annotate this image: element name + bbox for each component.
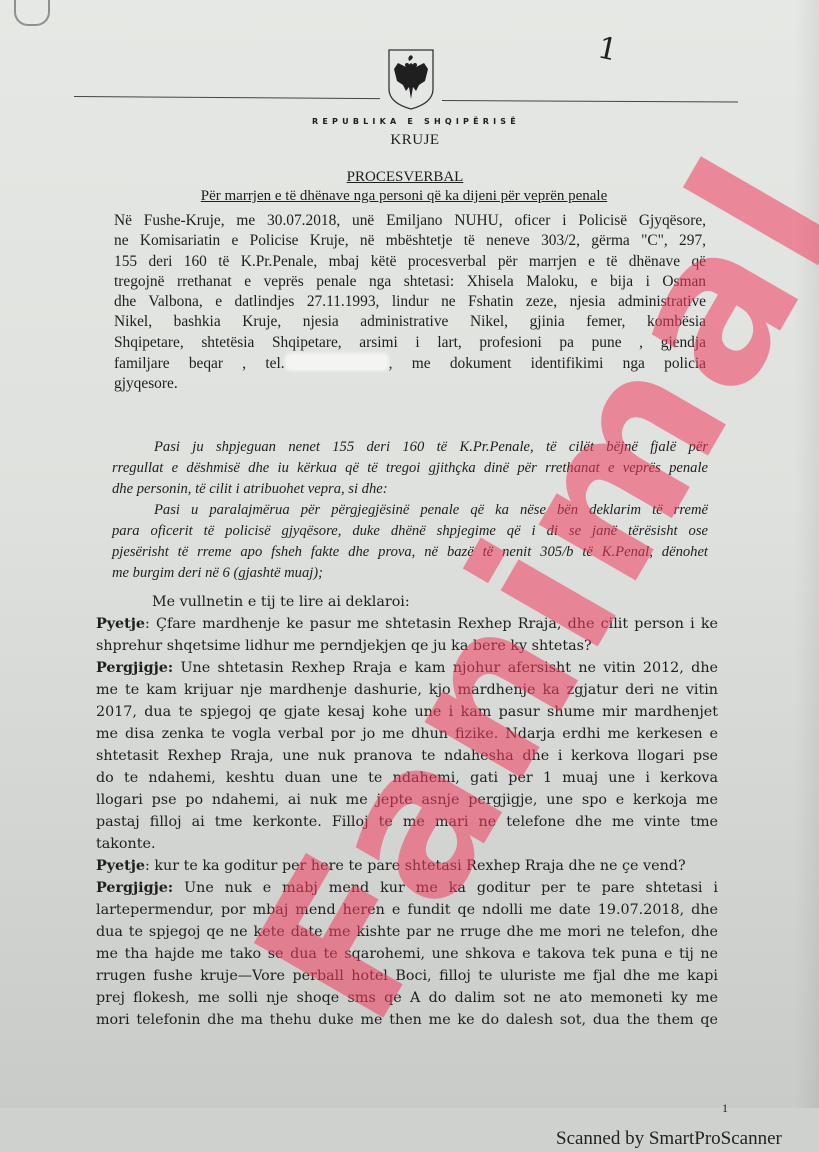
document-title: PROCESVERBAL [300, 169, 510, 186]
header-divider-right [442, 100, 738, 103]
header-divider-left [74, 96, 380, 99]
answer-1: Pergjigje: Une shtetasin Rexhep Rraja e … [96, 657, 718, 679]
republic-heading: REPUBLIKA E SHQIPËRISË [296, 117, 536, 126]
intro-paragraph: Në Fushe-Kruje, me 30.07.2018, unë Emilj… [114, 211, 706, 395]
city-heading: KRUJE [350, 132, 480, 149]
declaration-section: Me vullnetin e tij te lire ai deklaroi: … [96, 591, 718, 1031]
question-1: Pyetje: Çfare mardhenje ke pasur me shte… [96, 613, 718, 635]
document-page: 1 REPUBLIKA E SHQIPËRISË KRUJE PROCESVER… [0, 0, 819, 1108]
handwritten-page-mark: 1 [595, 30, 621, 68]
answer-2: Pergjigje: Une nuk e mabj mend kur me ka… [96, 877, 718, 899]
page-number: 1 [722, 1101, 728, 1116]
question-2: Pyetje: kur te ka goditur per here te pa… [96, 855, 718, 877]
scanner-credit: Scanned by SmartProScanner [556, 1128, 782, 1150]
redacted-phone-number [285, 353, 389, 371]
legal-warning-paragraph: Pasi ju shpjeguan nenet 155 deri 160 të … [112, 437, 708, 584]
paper-clip [14, 0, 50, 26]
document-subtitle: Për marrjen e të dhënave nga personi që … [156, 188, 652, 205]
albanian-eagle-emblem-icon [386, 47, 436, 111]
declaration-intro: Me vullnetin e tij te lire ai deklaroi: [96, 591, 718, 613]
